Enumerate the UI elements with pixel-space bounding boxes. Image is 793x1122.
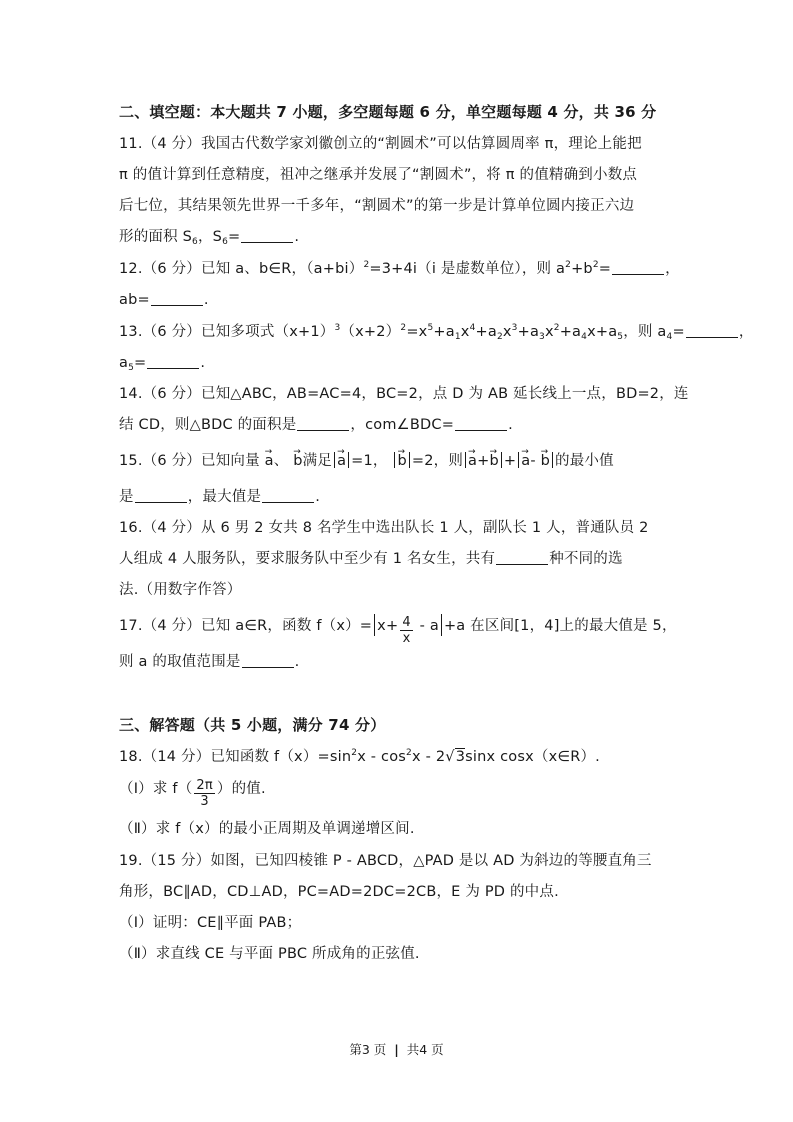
- current-page: 第3 页: [349, 1042, 386, 1057]
- answer-blank: [147, 354, 199, 369]
- problem-13-line-2: a5=.: [119, 353, 679, 373]
- problem-16-line-3: 法.（用数字作答）: [119, 580, 679, 600]
- problem-14-line-1: 14.（6 分）已知△ABC，AB=AC=4，BC=2，点 D 为 AB 延长线…: [119, 384, 679, 404]
- problem-points: （14 分）: [143, 749, 211, 765]
- problem-points: （6 分）: [143, 453, 201, 469]
- problem-11-line-4: 形的面积 S6，S6=.: [119, 227, 679, 247]
- section-heading-fill-in: 二、填空题：本大题共 7 小题，多空题每题 6 分，单空题每题 4 分，共 36…: [119, 102, 679, 122]
- problem-19-line-2: 角形，BC∥AD，CD⊥AD，PC=AD=2DC=2CB，E 为 PD 的中点.: [119, 882, 679, 902]
- problem-19-part-2: （Ⅱ）求直线 CE 与平面 PBC 所成角的正弦值.: [119, 944, 679, 964]
- answer-blank: [135, 488, 187, 503]
- problem-18-line-1: 18.（14 分）已知函数 f（x）=sin2x - cos2x - 2√3si…: [119, 747, 679, 767]
- problem-19-line-1: 19.（15 分）如图，已知四棱锥 P - ABCD，△PAD 是以 AD 为斜…: [119, 851, 679, 871]
- problem-12-line-2: ab=.: [119, 290, 679, 310]
- problem-number: 12: [119, 261, 138, 277]
- section-heading-solutions: 三、解答题（共 5 小题，满分 74 分）: [119, 715, 679, 735]
- problem-points: （6 分）: [143, 324, 201, 340]
- problem-15-line-1: 15.（6 分）已知向量 a、 b满足a=1， b=2，则a+b+a- b的最小…: [119, 451, 679, 471]
- answer-blank: [612, 260, 664, 275]
- problem-number: 19: [119, 853, 138, 869]
- answer-blank: [297, 416, 349, 431]
- problem-points: （4 分）: [143, 618, 201, 634]
- problem-18-part-2: （Ⅱ）求 f（x）的最小正周期及单调递增区间.: [119, 819, 679, 839]
- problem-11-line-3: 后七位，其结果领先世界一千多年，“割圆术”的第一步是计算单位圆内接正六边: [119, 196, 679, 216]
- problem-15-line-2: 是，最大值是.: [119, 487, 679, 507]
- problem-points: （15 分）: [143, 853, 211, 869]
- problem-number: 11: [119, 136, 138, 152]
- problem-11-line-2: π 的值计算到任意精度，祖冲之继承并发展了“割圆术”，将 π 的值精确到小数点: [119, 165, 679, 185]
- page-footer: 第3 页 | 共4 页: [0, 1040, 793, 1058]
- problem-11-line-1: 11.（4 分）我国古代数学家刘徽创立的“割圆术”可以估算圆周率 π，理论上能把: [119, 134, 679, 154]
- answer-blank: [242, 653, 294, 668]
- exam-page: 二、填空题：本大题共 7 小题，多空题每题 6 分，单空题每题 4 分，共 36…: [0, 0, 793, 1122]
- problem-number: 17: [119, 618, 138, 634]
- problem-12-line-1: 12.（6 分）已知 a、b∈R，（a+bi）2=3+4i（i 是虚数单位），则…: [119, 259, 679, 279]
- answer-blank: [686, 323, 738, 338]
- problem-number: 15: [119, 453, 138, 469]
- problem-number: 14: [119, 386, 138, 402]
- problem-points: （4 分）: [143, 136, 201, 152]
- vector-a: a: [265, 451, 274, 471]
- answer-blank: [496, 550, 548, 565]
- problem-18-part-1: （Ⅰ）求 f（2π3）的值.: [119, 778, 679, 809]
- answer-blank: [262, 488, 314, 503]
- problem-16-line-2: 人组成 4 人服务队，要求服务队中至少有 1 名女生，共有种不同的选: [119, 549, 679, 569]
- problem-number: 16: [119, 520, 138, 536]
- problem-14-line-2: 结 CD，则△BDC 的面积是，com∠BDC=.: [119, 415, 679, 435]
- problem-number: 18: [119, 749, 138, 765]
- problem-19-part-1: （Ⅰ）证明：CE∥平面 PAB；: [119, 913, 679, 933]
- problem-17-line-1: 17.（4 分）已知 a∈R，函数 f（x）=x+4x - a+a 在区间[1，…: [119, 614, 679, 646]
- footer-separator: |: [394, 1042, 399, 1057]
- problem-points: （6 分）: [143, 386, 201, 402]
- problem-points: （6 分）: [143, 261, 201, 277]
- answer-blank: [151, 291, 203, 306]
- total-pages: 共4 页: [407, 1042, 444, 1057]
- fraction-2pi-over-3: 2π3: [194, 778, 215, 809]
- problem-number: 13: [119, 324, 138, 340]
- sqrt-3: 3: [455, 748, 465, 765]
- problem-17-line-2: 则 a 的取值范围是.: [119, 652, 679, 672]
- vector-b: b: [293, 451, 302, 471]
- problem-points: （4 分）: [143, 520, 201, 536]
- fraction-4-over-x: 4x: [400, 615, 412, 646]
- answer-blank: [455, 416, 507, 431]
- problem-13-line-1: 13.（6 分）已知多项式（x+1）3（x+2）2=x5+a1x4+a2x3+a…: [119, 322, 679, 342]
- problem-16-line-1: 16.（4 分）从 6 男 2 女共 8 名学生中选出队长 1 人，副队长 1 …: [119, 518, 679, 538]
- answer-blank: [241, 228, 293, 243]
